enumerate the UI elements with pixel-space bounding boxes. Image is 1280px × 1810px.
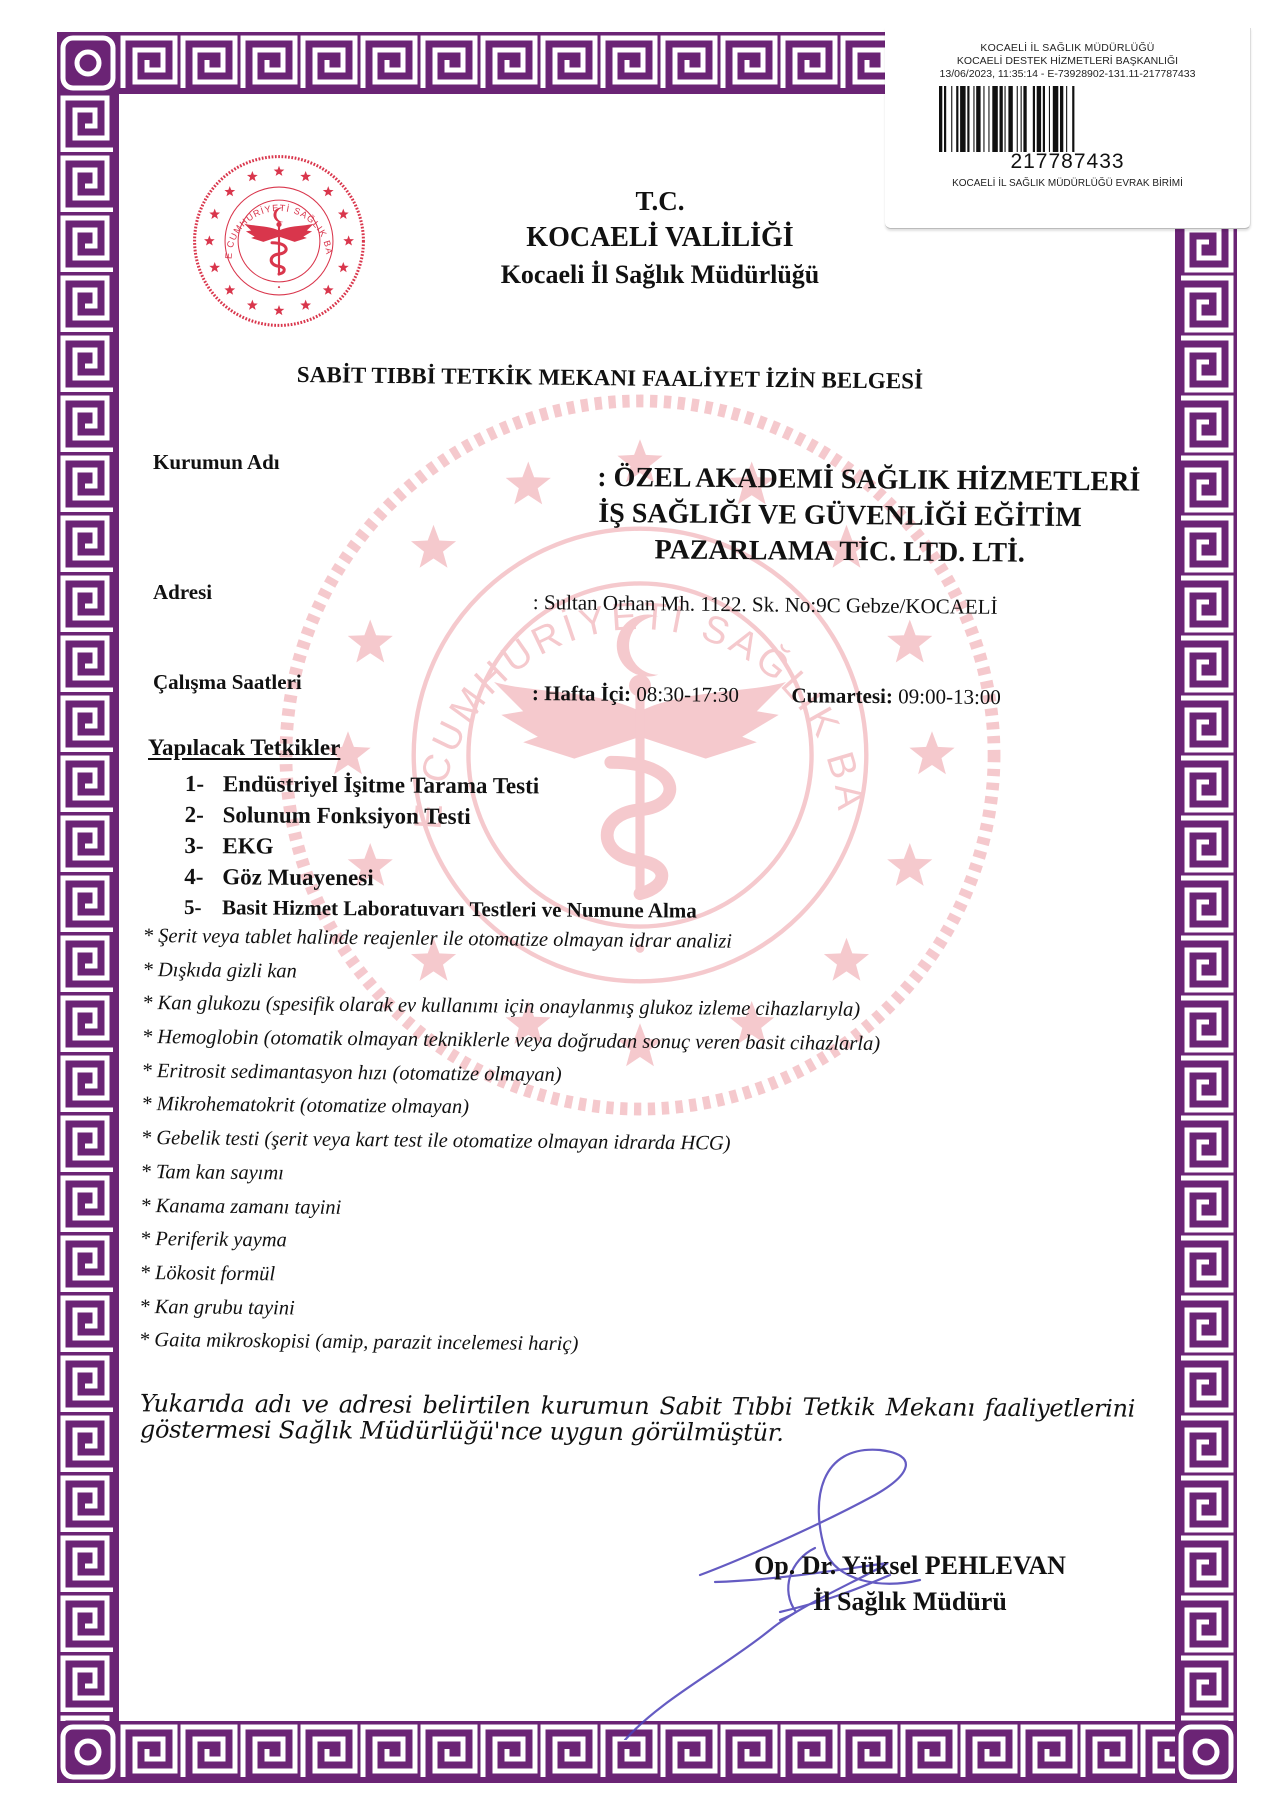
institution-name: : ÖZEL AKADEMİ SAĞLIK HİZMETLERİ İŞ SAĞL… <box>530 459 1151 572</box>
institution-label: Kurumun Adı <box>153 450 280 475</box>
test-item: 2-Solunum Fonksiyon Testi <box>185 799 698 834</box>
sticker-department: KOCAELİ DESTEK HİZMETLERİ BAŞKANLIĞI <box>885 55 1250 67</box>
weekday-label: : Hafta İçi: <box>532 681 631 706</box>
test-item: 1-Endüstriyel İşitme Tarama Testi <box>185 768 698 803</box>
test-label: Solunum Fonksiyon Testi <box>223 802 471 829</box>
institution-line-2: İŞ SAĞLIĞI VE GÜVENLİĞİ EĞİTİM <box>530 495 1150 536</box>
test-item: 3-EKG <box>184 830 697 865</box>
signatory-block: Op. Dr. Yüksel PEHLEVAN İl Sağlık Müdürü <box>700 1548 1120 1620</box>
lab-sub-test-item: Gaita mikroskopisi (amip, parazit incele… <box>139 1326 878 1367</box>
test-number: 4- <box>184 861 222 892</box>
institution-line-3: PAZARLAMA TİC. LTD. LTİ. <box>530 531 1150 572</box>
address-value: : Sultan Orhan Mh. 1122. Sk. No:9C Gebze… <box>533 590 998 620</box>
ministry-of-health-seal-icon: TÜRKİYE CUMHURİYETİ SAĞLIK BAKANLIĞI <box>190 152 368 330</box>
saturday-hours: 09:00-13:00 <box>898 684 1001 709</box>
header-governorship: KOCAELİ VALİLİĞİ <box>430 222 890 254</box>
header-directorate: Kocaeli İl Sağlık Müdürlüğü <box>430 260 890 290</box>
registry-barcode-sticker: KOCAELİ İL SAĞLIK MÜDÜRLÜĞÜ KOCAELİ DEST… <box>885 28 1251 229</box>
test-number: 1- <box>185 768 223 799</box>
signatory-title: İl Sağlık Müdürü <box>700 1584 1120 1620</box>
test-label: Endüstriyel İşitme Tarama Testi <box>223 771 539 798</box>
saturday-label: Cumartesi: <box>791 683 893 708</box>
sticker-registry-unit: KOCAELİ İL SAĞLIK MÜDÜRLÜĞÜ EVRAK BİRİMİ <box>885 178 1250 189</box>
working-hours: : Hafta İçi: 08:30-17:30 Cumartesi: 09:0… <box>532 681 1001 710</box>
test-label: Basit Hizmet Laboratuvarı Testleri ve Nu… <box>222 895 697 922</box>
lab-sub-tests-list: Şerit veya tablet halinde reajenler ile … <box>139 922 881 1367</box>
hours-label: Çalışma Saatleri <box>153 670 302 695</box>
test-number: 3- <box>184 830 222 861</box>
signatory-name: Op. Dr. Yüksel PEHLEVAN <box>700 1548 1120 1584</box>
sticker-document-number: 217787433 <box>885 150 1250 174</box>
institution-line-1: : ÖZEL AKADEMİ SAĞLIK HİZMETLERİ <box>530 459 1150 500</box>
address-label: Adresi <box>153 580 212 605</box>
test-item: 5-Basit Hizmet Laboratuvarı Testleri ve … <box>184 892 697 927</box>
sticker-timestamp-ref: 13/06/2023, 11:35:14 - E-73928902-131.11… <box>885 68 1250 80</box>
header-tc: T.C. <box>430 186 890 217</box>
barcode-icon <box>937 86 1199 152</box>
test-label: EKG <box>222 833 273 858</box>
sticker-directorate: KOCAELİ İL SAĞLIK MÜDÜRLÜĞÜ <box>885 42 1250 54</box>
test-label: Göz Muayenesi <box>222 864 374 890</box>
test-number: 2- <box>185 799 223 830</box>
weekday-hours: 08:30-17:30 <box>636 682 739 707</box>
tests-heading: Yapılacak Tetkikler <box>148 735 340 761</box>
test-item: 4-Göz Muayenesi <box>184 861 697 896</box>
tests-list: 1-Endüstriyel İşitme Tarama Testi2-Solun… <box>184 768 698 927</box>
test-number: 5- <box>184 892 222 923</box>
